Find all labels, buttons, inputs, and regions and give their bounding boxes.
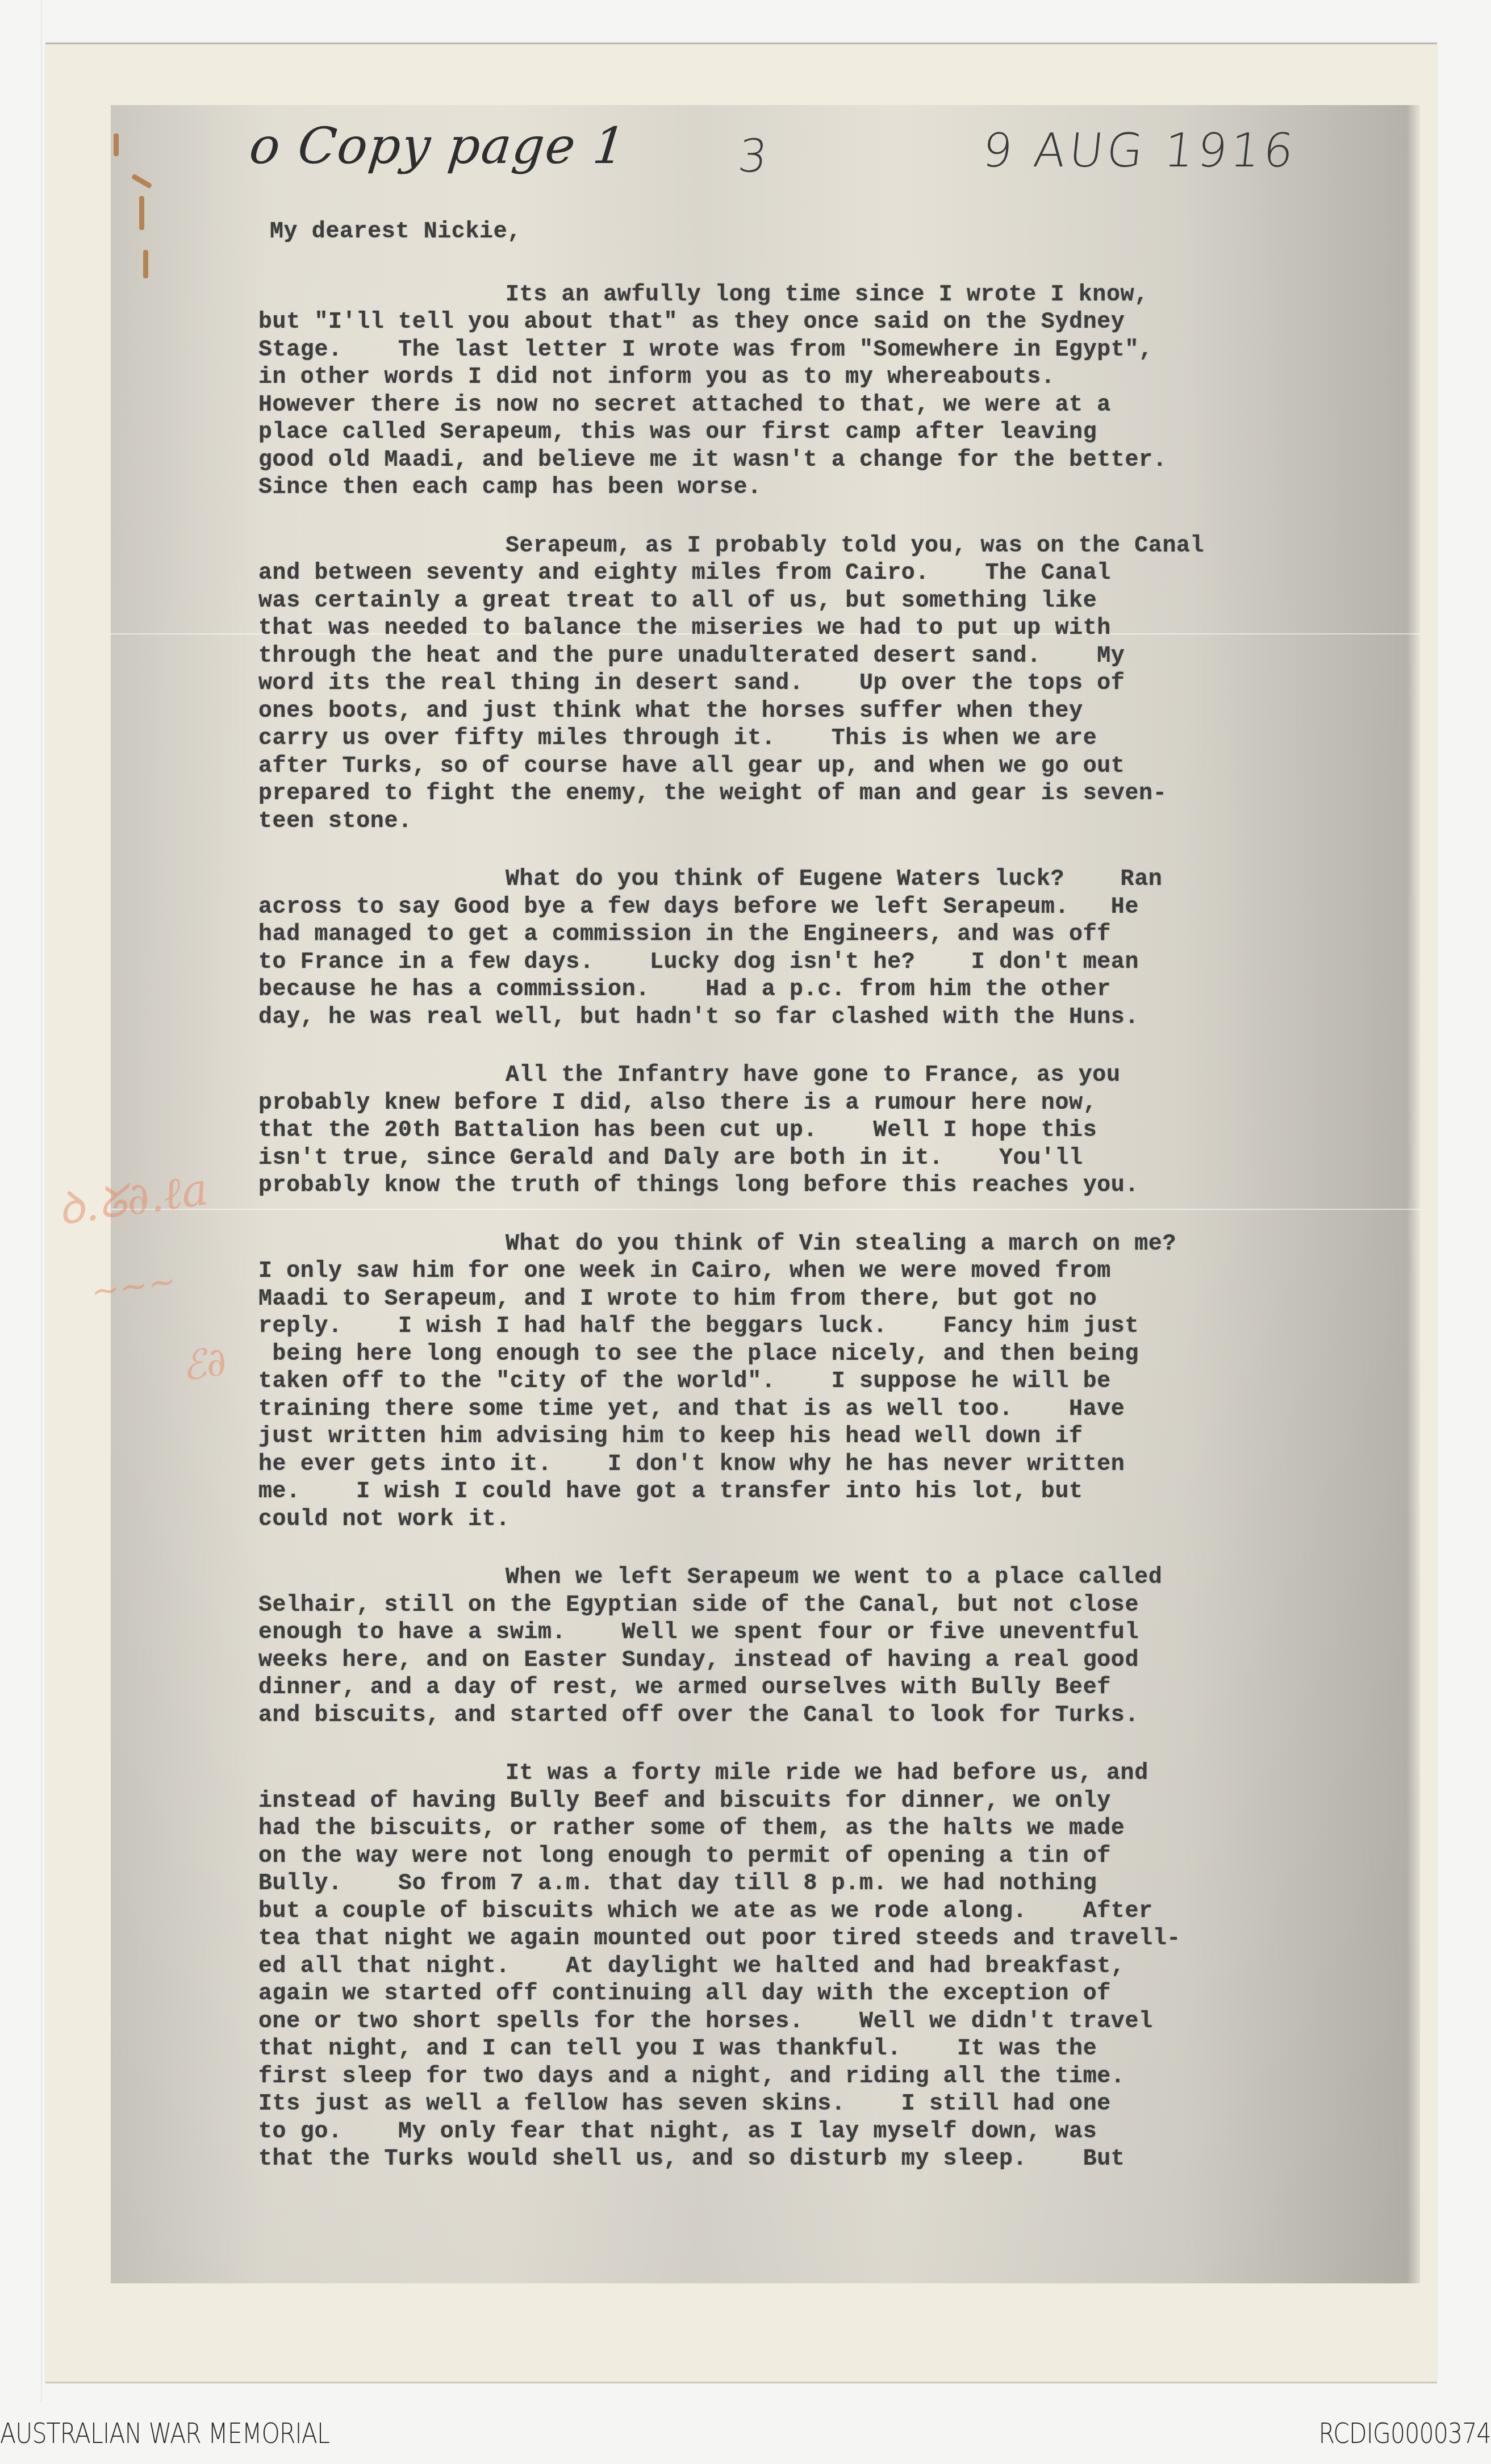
typed-line: to go. My only fear that night, as I lay… bbox=[258, 2119, 1383, 2146]
letter-paragraph: It was a forty mile ride we had before u… bbox=[258, 1760, 1383, 2174]
typed-line: instead of having Bully Beef and biscuit… bbox=[258, 1788, 1383, 1816]
typed-line: on the way were not long enough to permi… bbox=[258, 1843, 1383, 1871]
typed-line: across to say Good bye a few days before… bbox=[258, 894, 1383, 922]
typed-line: could not work it. bbox=[258, 1506, 1383, 1534]
typed-line: weeks here, and on Easter Sunday, instea… bbox=[258, 1647, 1383, 1675]
typed-line: me. I wish I could have got a transfer i… bbox=[258, 1479, 1383, 1506]
typed-line: but a couple of biscuits which we ate as… bbox=[258, 1898, 1383, 1926]
typed-line: and biscuits, and started off over the C… bbox=[258, 1702, 1383, 1730]
record-identifier: RCDIG0000374 bbox=[1319, 2417, 1491, 2450]
typed-line: I only saw him for one week in Cairo, wh… bbox=[258, 1258, 1383, 1286]
typed-line: Selhair, still on the Egyptian side of t… bbox=[258, 1592, 1383, 1620]
salutation: My dearest Nickie, bbox=[270, 219, 1383, 247]
typed-line: probably know the truth of things long b… bbox=[258, 1172, 1383, 1200]
typed-line: Maadi to Serapeum, and I wrote to him fr… bbox=[258, 1286, 1383, 1314]
typed-line: that was needed to balance the miseries … bbox=[258, 615, 1383, 643]
letter-paragraph: When we left Serapeum we went to a place… bbox=[258, 1564, 1383, 1730]
typed-line: Stage. The last letter I wrote was from … bbox=[258, 337, 1383, 365]
letter-paragraph: All the Infantry have gone to France, as… bbox=[258, 1062, 1383, 1200]
typed-line: through the heat and the pure unadultera… bbox=[258, 643, 1383, 671]
handwritten-copy-label: o Copy page 1 bbox=[247, 116, 629, 175]
typed-line: enough to have a swim. Well we spent fou… bbox=[258, 1619, 1383, 1647]
typed-line: ed all that night. At daylight we halted… bbox=[258, 1953, 1383, 1981]
typed-line: prepared to fight the enemy, the weight … bbox=[258, 780, 1383, 808]
typed-line: after Turks, so of course have all gear … bbox=[258, 753, 1383, 781]
typed-line: When we left Serapeum we went to a place… bbox=[258, 1564, 1383, 1592]
typed-line: reply. I wish I had half the beggars luc… bbox=[258, 1313, 1383, 1341]
typed-line: probably knew before I did, also there i… bbox=[258, 1090, 1383, 1118]
typed-line: word its the real thing in desert sand. … bbox=[258, 670, 1383, 698]
typed-line: first sleep for two days and a night, an… bbox=[258, 2064, 1383, 2091]
typed-line: carry us over fifty miles through it. Th… bbox=[258, 725, 1383, 753]
typed-line: he ever gets into it. I don't know why h… bbox=[258, 1451, 1383, 1479]
handwritten-date: 9 AUG 1916 bbox=[980, 124, 1300, 178]
typed-line: Since then each camp has been worse. bbox=[258, 474, 1383, 502]
typed-line: It was a forty mile ride we had before u… bbox=[258, 1760, 1383, 1788]
typed-line: but "I'll tell you about that" as they o… bbox=[258, 309, 1383, 337]
typed-line: that the 20th Battalion has been cut up.… bbox=[258, 1117, 1383, 1145]
typed-line: because he has a commission. Had a p.c. … bbox=[258, 976, 1383, 1004]
typed-line: day, he was real well, but hadn't so far… bbox=[258, 1004, 1383, 1032]
rust-stain bbox=[139, 196, 144, 230]
typed-line: just written him advising him to keep hi… bbox=[258, 1423, 1383, 1451]
typed-line: taken off to the "city of the world". I … bbox=[258, 1368, 1383, 1396]
typed-line: Serapeum, as I probably told you, was on… bbox=[258, 533, 1383, 561]
typed-line: However there is now no secret attached … bbox=[258, 392, 1383, 420]
typed-line: isn't true, since Gerald and Daly are bo… bbox=[258, 1145, 1383, 1173]
typed-line: again we started off continuing all day … bbox=[258, 1981, 1383, 2008]
typed-line: place called Serapeum, this was our firs… bbox=[258, 419, 1383, 447]
typed-line: being here long enough to see the place … bbox=[258, 1341, 1383, 1369]
typed-line: All the Infantry have gone to France, as… bbox=[258, 1062, 1383, 1090]
typed-line: What do you think of Eugene Waters luck?… bbox=[258, 866, 1383, 894]
typed-line: was certainly a great treat to all of us… bbox=[258, 588, 1383, 616]
scan-edge-line bbox=[41, 0, 42, 2403]
typed-line: good old Maadi, and believe me it wasn't… bbox=[258, 447, 1383, 475]
typed-line: Bully. So from 7 a.m. that day till 8 p.… bbox=[258, 1870, 1383, 1898]
letter-paragraph: Its an awfully long time since I wrote I… bbox=[258, 282, 1383, 502]
typed-line: Its just as well a fellow has seven skin… bbox=[258, 2091, 1383, 2119]
typed-line: and between seventy and eighty miles fro… bbox=[258, 560, 1383, 588]
typed-line: that the Turks would shell us, and so di… bbox=[258, 2146, 1383, 2174]
typed-line: had the biscuits, or rather some of them… bbox=[258, 1815, 1383, 1843]
handwritten-page-number: 3 bbox=[736, 130, 771, 182]
letter-body: My dearest Nickie, Its an awfully long t… bbox=[258, 219, 1383, 2204]
typed-line: in other words I did not inform you as t… bbox=[258, 364, 1383, 392]
typed-line: What do you think of Vin stealing a marc… bbox=[258, 1231, 1383, 1259]
typed-line: had managed to get a commission in the E… bbox=[258, 921, 1383, 949]
institution-label: AUSTRALIAN WAR MEMORIAL bbox=[0, 2417, 329, 2450]
typed-line: ones boots, and just think what the hors… bbox=[258, 698, 1383, 726]
letter-paragraph: What do you think of Vin stealing a marc… bbox=[258, 1231, 1383, 1534]
typed-line: that night, and I can tell you I was tha… bbox=[258, 2036, 1383, 2064]
letter-paragraph: What do you think of Eugene Waters luck?… bbox=[258, 866, 1383, 1031]
typed-line: to France in a few days. Lucky dog isn't… bbox=[258, 949, 1383, 977]
typed-line: teen stone. bbox=[258, 808, 1383, 836]
typed-line: dinner, and a day of rest, we armed ours… bbox=[258, 1674, 1383, 1702]
letter-paragraph: Serapeum, as I probably told you, was on… bbox=[258, 533, 1383, 836]
rust-stain bbox=[114, 133, 119, 156]
typed-line: Its an awfully long time since I wrote I… bbox=[258, 282, 1383, 310]
typed-line: tea that night we again mounted out poor… bbox=[258, 1926, 1383, 1953]
rust-stain bbox=[143, 250, 148, 278]
letter-paragraphs: Its an awfully long time since I wrote I… bbox=[258, 282, 1383, 2174]
typed-line: training there some time yet, and that i… bbox=[258, 1396, 1383, 1424]
typed-line: one or two short spells for the horses. … bbox=[258, 2008, 1383, 2036]
